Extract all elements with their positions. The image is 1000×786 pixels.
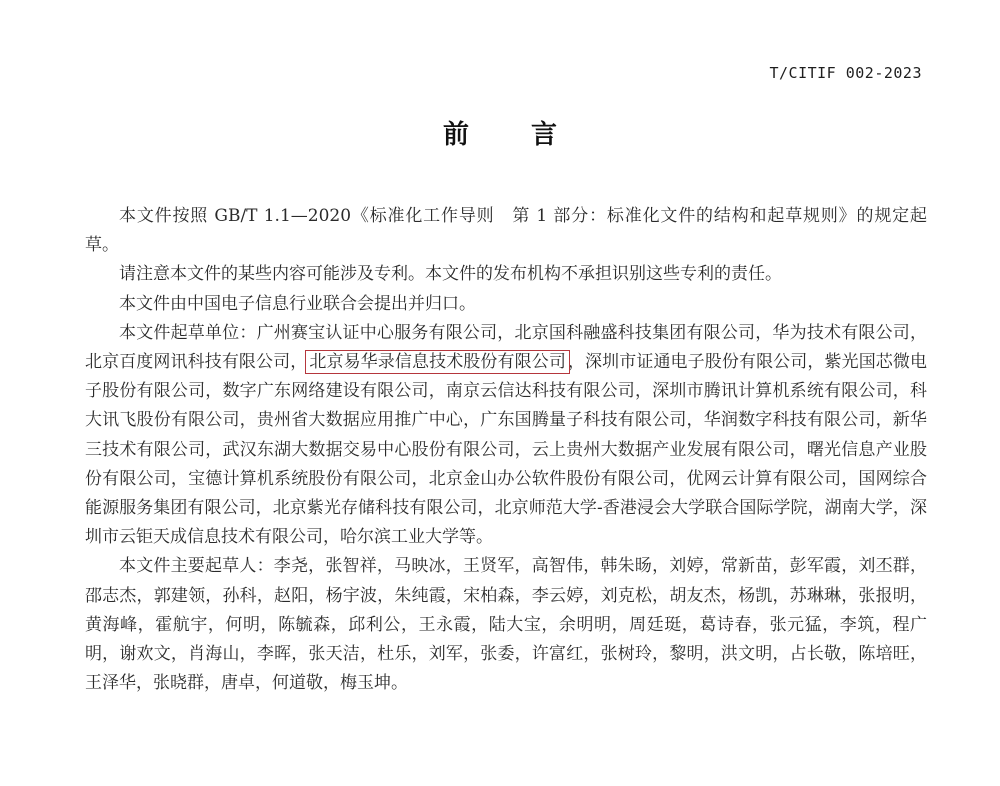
highlighted-company: 北京易华录信息技术股份有限公司	[307, 352, 568, 372]
standard-code: T/CITIF 002-2023	[770, 64, 923, 82]
paragraph-drafting-units: 本文件起草单位：广州赛宝认证中心服务有限公司，北京国科融盛科技集团有限公司，华为…	[85, 319, 927, 553]
paragraph-patent-notice: 请注意本文件的某些内容可能涉及专利。本文件的发布机构不承担识别这些专利的责任。	[85, 260, 927, 289]
foreword-body: 本文件按照 GB/T 1.1—2020《标准化工作导则 第 1 部分：标准化文件…	[85, 202, 927, 698]
page-title: 前言	[0, 114, 1000, 151]
paragraph-drafting-rules: 本文件按照 GB/T 1.1—2020《标准化工作导则 第 1 部分：标准化文件…	[85, 202, 927, 260]
paragraph-proposer: 本文件由中国电子信息行业联合会提出并归口。	[85, 290, 927, 319]
title-char-1: 前	[443, 114, 469, 151]
drafting-units-after: ，深圳市证通电子股份有限公司，紫光国芯微电子股份有限公司，数字广东网络建设有限公…	[85, 352, 927, 547]
title-char-2: 言	[531, 114, 557, 151]
paragraph-drafters: 本文件主要起草人：李尧，张智祥，马映冰，王贤军，高智伟，韩朱旸，刘婷，常新苗，彭…	[85, 552, 927, 698]
